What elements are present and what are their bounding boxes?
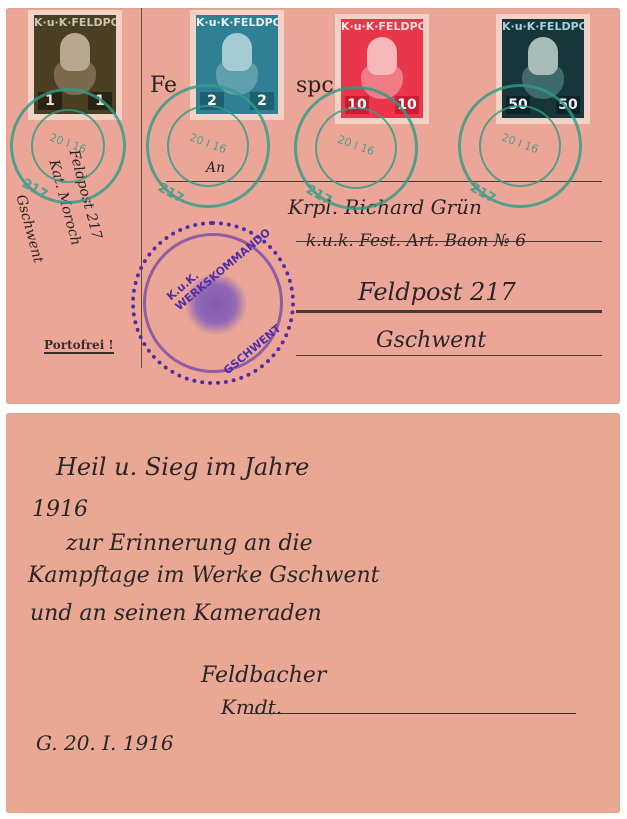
message-line-5: und an seinen Kameraden xyxy=(30,601,322,626)
signature-title: Kmdt. xyxy=(221,695,282,719)
portofrei-label: Portofrei ! xyxy=(44,338,114,354)
message-line-4: Kampftage im Werke Gschwent xyxy=(28,563,380,588)
postmark-1: 20 I 16217 xyxy=(10,88,126,204)
signature-flourish xyxy=(246,713,576,714)
postcard-front: Fe spc Portofrei ! An Krpl. Richard Grün… xyxy=(6,8,620,404)
address-unit: k.u.k. Fest. Art. Baon № 6 xyxy=(306,231,526,251)
message-line-2: 1916 xyxy=(32,497,88,522)
address-feldpost: Feldpost 217 xyxy=(358,278,516,306)
signature-name: Feldbacher xyxy=(201,663,326,688)
unit-seal: K.u.K. WERKSKOMMANDO GSCHWENT xyxy=(131,221,295,385)
message-line-3: zur Erinnerung an die xyxy=(66,531,313,556)
address-place: Gschwent xyxy=(376,328,486,353)
postmark-3: 20 I 16217 xyxy=(294,86,418,210)
sender-place: Gschwent xyxy=(13,193,47,265)
date-line: G. 20. I. 1916 xyxy=(36,731,174,755)
address-line-3 xyxy=(296,310,602,313)
postmark-4: 20 I 16217 xyxy=(458,84,582,208)
postmark-2: 20 I 16217 xyxy=(146,84,270,208)
message-line-1: Heil u. Sieg im Jahre xyxy=(56,453,309,481)
address-line-4 xyxy=(296,355,602,356)
postcard-back: Heil u. Sieg im Jahre 1916 zur Erinnerun… xyxy=(6,413,620,813)
